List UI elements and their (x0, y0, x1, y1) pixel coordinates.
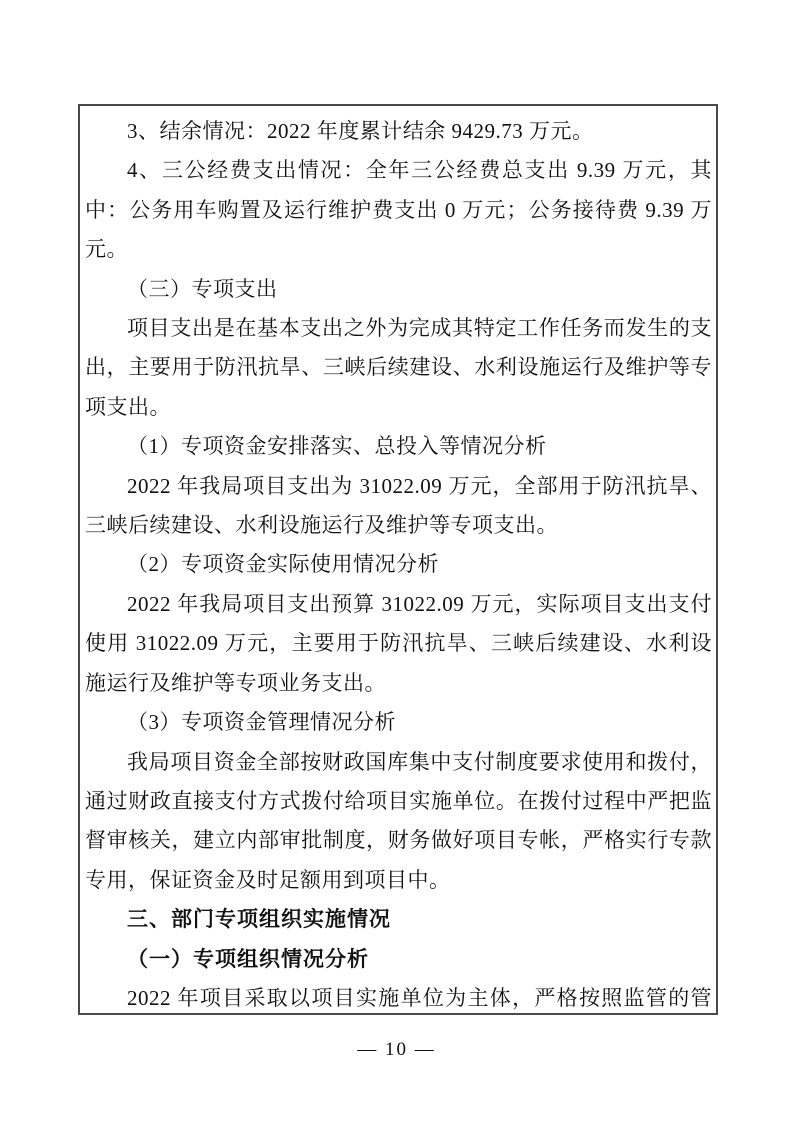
paragraph-surplus-status: 3、结余情况：2022 年度累计结余 9429.73 万元。 (85, 112, 712, 151)
page-footer: — 10 — (0, 1038, 793, 1062)
heading-fund-actual-use-analysis: （2）专项资金实际使用情况分析 (85, 545, 712, 584)
paragraph-three-public-expense: 4、三公经费支出情况：全年三公经费总支出 9.39 万元，其中：公务用车购置及运… (85, 151, 712, 269)
heading-subsection-organization-analysis: （一）专项组织情况分析 (85, 940, 712, 979)
paragraph-project-expenditure-intro: 项目支出是在基本支出之外为完成其特定工作任务而发生的支出，主要用于防汛抗旱、三峡… (85, 309, 712, 427)
heading-fund-management-analysis: （3）专项资金管理情况分析 (85, 703, 712, 742)
paragraph-fund-actual-use-analysis: 2022 年我局项目支出预算 31022.09 万元，实际项目支出支付使用 31… (85, 585, 712, 703)
page-number: — 10 — (357, 1039, 436, 1060)
heading-special-expenditure: （三）专项支出 (85, 270, 712, 309)
content-border-box: 3、结余情况：2022 年度累计结余 9429.73 万元。 4、三公经费支出情… (78, 104, 718, 1015)
heading-fund-arrangement-analysis: （1）专项资金安排落实、总投入等情况分析 (85, 427, 712, 466)
heading-section-three-implementation: 三、部门专项组织实施情况 (85, 900, 712, 939)
paragraph-fund-management-analysis: 我局项目资金全部按财政国库集中支付制度要求使用和拨付，通过财政直接支付方式拨付给… (85, 743, 712, 901)
document-page: 3、结余情况：2022 年度累计结余 9429.73 万元。 4、三公经费支出情… (0, 0, 793, 1122)
paragraph-project-implementation: 2022 年项目采取以项目实施单位为主体，严格按照监管的管理体制，项目建设严格按… (85, 979, 712, 1015)
paragraph-fund-arrangement-analysis: 2022 年我局项目支出为 31022.09 万元，全部用于防汛抗旱、三峡后续建… (85, 467, 712, 546)
